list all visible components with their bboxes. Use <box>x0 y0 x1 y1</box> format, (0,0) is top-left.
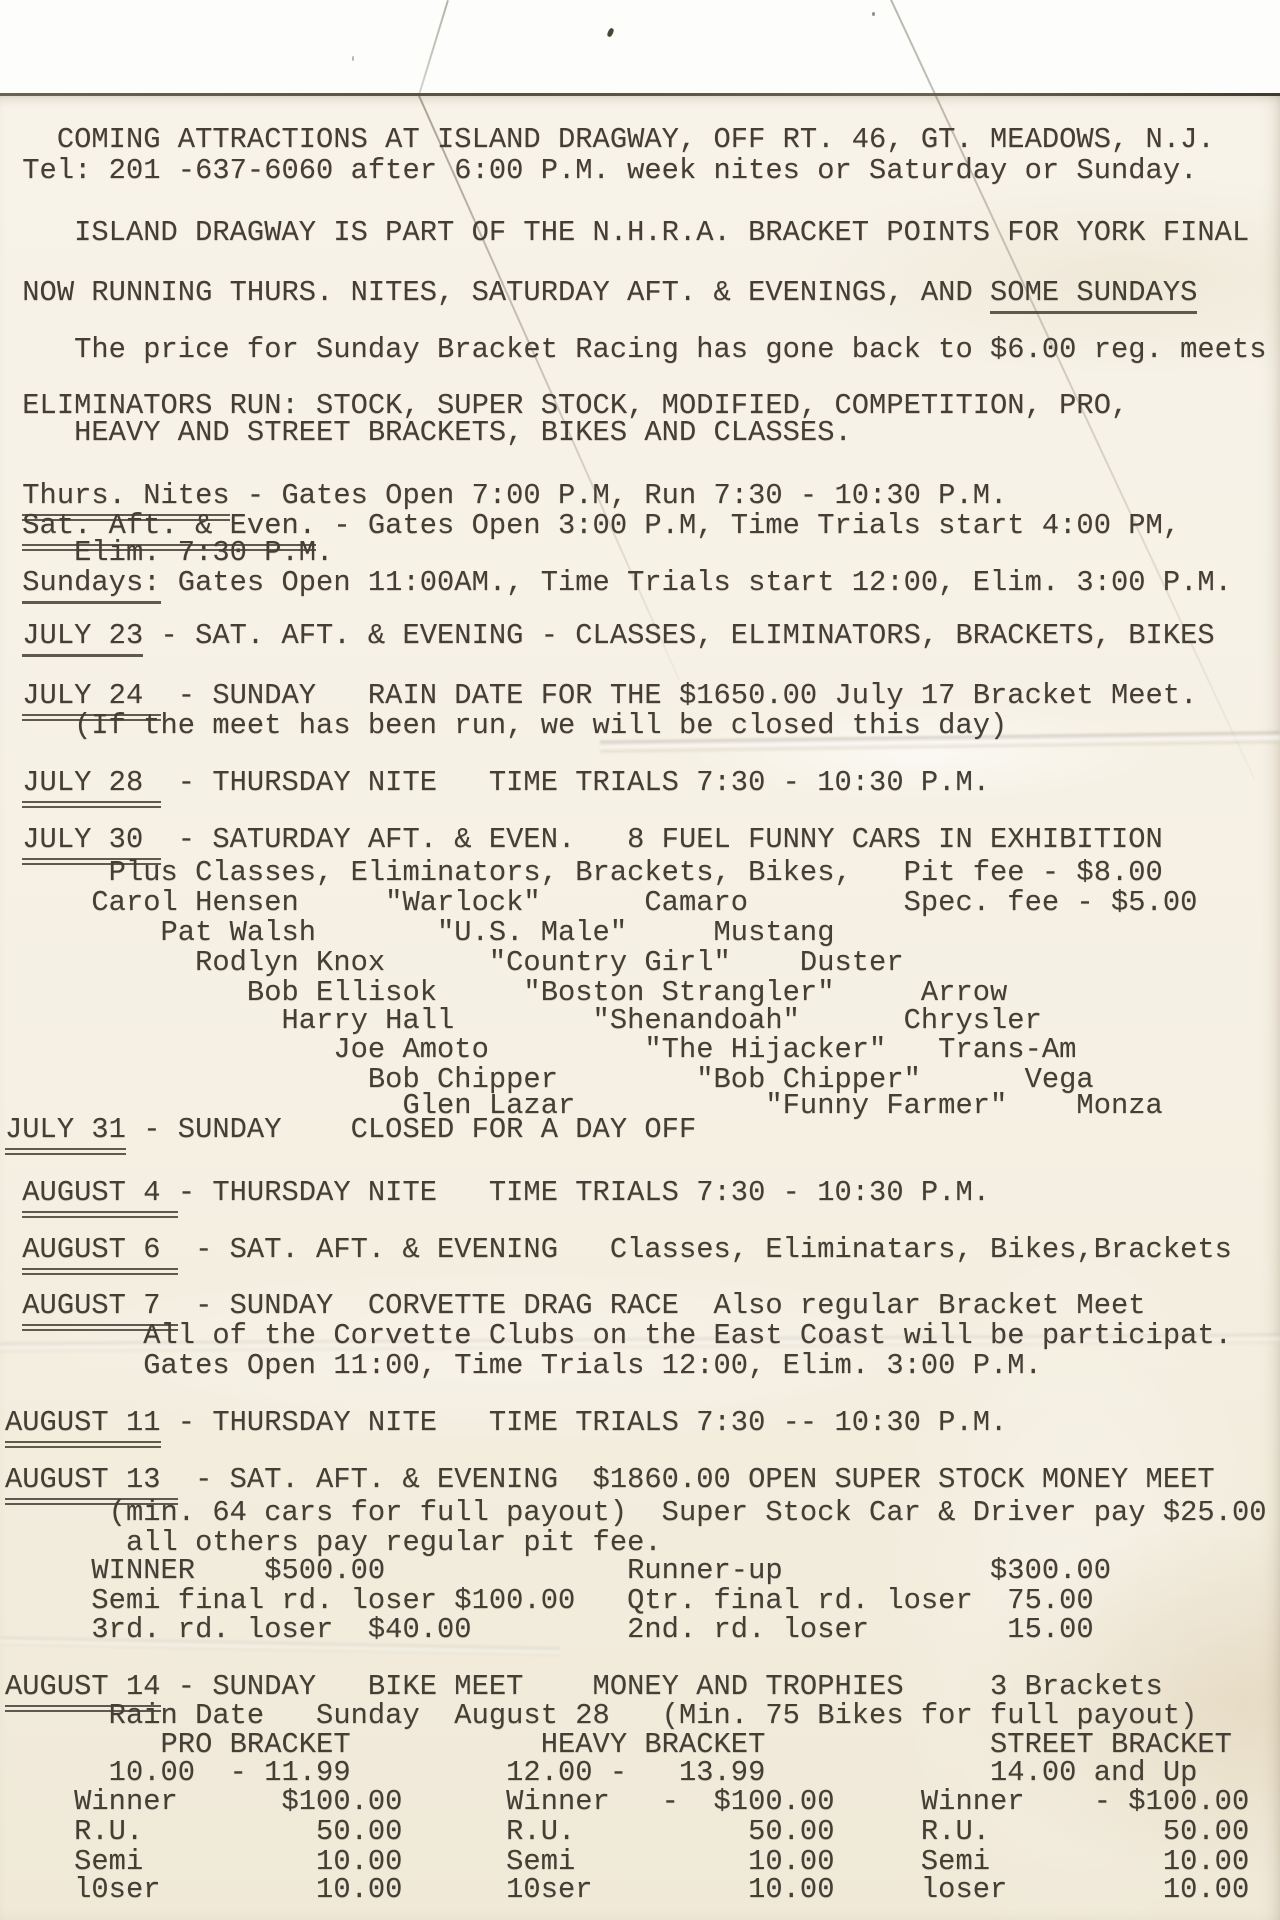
text-run: - THURSDAY NITE TIME TRIALS 7:30 -- 10:3… <box>161 1406 1008 1439</box>
text-run: Winner $100.00 Winner - $100.00 Winner -… <box>5 1785 1249 1818</box>
text-line: AUGUST 14 - SUNDAY BIKE MEET MONEY AND T… <box>5 1672 1163 1702</box>
text-run: (min. 64 cars for full payout) Super Sto… <box>5 1496 1267 1529</box>
text-run: Elim. 7:30 P.M. <box>5 536 333 569</box>
text-line: JULY 28 - THURSDAY NITE TIME TRIALS 7:30… <box>5 768 990 798</box>
underlined-label: Sundays: <box>22 566 160 604</box>
text-run <box>5 679 22 712</box>
text-line: WINNER $500.00 Runner-up $300.00 <box>5 1556 1111 1586</box>
text-line: Thurs. Nites - Gates Open 7:00 P.M, Run … <box>5 481 1007 511</box>
text-run: - SUNDAY CORVETTE DRAG RACE Also regular… <box>178 1289 1146 1322</box>
text-run <box>5 823 22 856</box>
text-run: - Gates Open 3:00 P.M, Time Trials start… <box>316 509 1180 542</box>
text-run: Carol Hensen "Warlock" Camaro Spec. fee … <box>5 886 1197 919</box>
text-run: Gates Open 11:00AM., Time Trials start 1… <box>161 566 1232 599</box>
text-run <box>5 479 22 512</box>
text-run: - SAT. AFT. & EVENING - CLASSES, ELIMINA… <box>143 619 1214 652</box>
text-line: 3rd. rd. loser $40.00 2nd. rd. loser 15.… <box>5 1615 1094 1645</box>
text-run: Tel: 201 -637-6060 after 6:00 P.M. week … <box>5 154 1197 187</box>
text-run: Gates Open 11:00, Time Trials 12:00, Eli… <box>5 1349 1042 1382</box>
text-line: AUGUST 13 - SAT. AFT. & EVENING $1860.00… <box>5 1465 1215 1495</box>
text-run: - THURSDAY NITE TIME TRIALS 7:30 - 10:30… <box>178 1176 990 1209</box>
text-line: JULY 30 - SATURDAY AFT. & EVEN. 8 FUEL F… <box>5 825 1163 855</box>
text-line: Pat Walsh "U.S. Male" Mustang <box>5 918 835 948</box>
text-line: Joe Amoto "The Hijacker" Trans-Am <box>5 1035 1076 1065</box>
text-line: HEAVY AND STREET BRACKETS, BIKES AND CLA… <box>5 418 852 448</box>
text-line: Rain Date Sunday August 28 (Min. 75 Bike… <box>5 1701 1197 1731</box>
text-run: Joe Amoto "The Hijacker" Trans-Am <box>5 1033 1076 1066</box>
text-line: Harry Hall "Shenandoah" Chrysler <box>5 1006 1042 1036</box>
text-run: - SAT. AFT. & EVENING Classes, Eliminata… <box>178 1233 1232 1266</box>
text-line: AUGUST 6 - SAT. AFT. & EVENING Classes, … <box>5 1235 1232 1265</box>
underlined-label: SOME SUNDAYS <box>990 276 1197 314</box>
text-run <box>5 1289 22 1322</box>
text-run: All of the Corvette Clubs on the East Co… <box>5 1319 1232 1352</box>
text-line: The price for Sunday Bracket Racing has … <box>5 335 1267 365</box>
text-run: R.U. 50.00 R.U. 50.00 R.U. 50.00 <box>5 1815 1249 1848</box>
text-run: (If the meet has been run, we will be cl… <box>5 709 1007 742</box>
text-run: COMING ATTRACTIONS AT ISLAND DRAGWAY, OF… <box>5 123 1215 156</box>
text-line: Elim. 7:30 P.M. <box>5 538 333 568</box>
underlined-label: AUGUST 4 <box>22 1176 178 1218</box>
text-line: Tel: 201 -637-6060 after 6:00 P.M. week … <box>5 156 1197 186</box>
scanned-flyer: COMING ATTRACTIONS AT ISLAND DRAGWAY, OF… <box>0 0 1280 1920</box>
text-run <box>5 1233 22 1266</box>
text-run <box>5 566 22 599</box>
text-line: (min. 64 cars for full payout) Super Sto… <box>5 1498 1267 1528</box>
text-run <box>5 1176 22 1209</box>
text-line: l0ser 10.00 10ser 10.00 loser 10.00 <box>5 1875 1249 1905</box>
underlined-label: AUGUST 11 <box>5 1406 161 1448</box>
text-run: ISLAND DRAGWAY IS PART OF THE N.H.R.A. B… <box>5 216 1249 249</box>
dust-speck <box>872 12 875 16</box>
text-line: JULY 23 - SAT. AFT. & EVENING - CLASSES,… <box>5 621 1215 651</box>
text-run: NOW RUNNING THURS. NITES, SATURDAY AFT. … <box>5 276 990 309</box>
text-line: Semi final rd. loser $100.00 Qtr. final … <box>5 1586 1094 1616</box>
text-line: Plus Classes, Eliminators, Brackets, Bik… <box>5 858 1163 888</box>
text-line: R.U. 50.00 R.U. 50.00 R.U. 50.00 <box>5 1817 1249 1847</box>
paper-top-crease-line <box>0 93 1280 96</box>
text-line: All of the Corvette Clubs on the East Co… <box>5 1321 1232 1351</box>
text-line: Rodlyn Knox "Country Girl" Duster <box>5 948 904 978</box>
text-run <box>5 766 22 799</box>
text-run: WINNER $500.00 Runner-up $300.00 <box>5 1554 1111 1587</box>
text-line: Carol Hensen "Warlock" Camaro Spec. fee … <box>5 888 1197 918</box>
text-line: Sundays: Gates Open 11:00AM., Time Trial… <box>5 568 1232 598</box>
underlined-label: JULY 28 <box>22 766 160 808</box>
text-run: HEAVY AND STREET BRACKETS, BIKES AND CLA… <box>5 416 852 449</box>
text-run: - SAT. AFT. & EVENING $1860.00 OPEN SUPE… <box>178 1463 1215 1496</box>
text-line: Gates Open 11:00, Time Trials 12:00, Eli… <box>5 1351 1042 1381</box>
text-line: JULY 24 - SUNDAY RAIN DATE FOR THE $1650… <box>5 681 1197 711</box>
text-line: Winner $100.00 Winner - $100.00 Winner -… <box>5 1787 1249 1817</box>
text-run: - SUNDAY CLOSED FOR A DAY OFF <box>126 1113 696 1146</box>
text-run: - SUNDAY RAIN DATE FOR THE $1650.00 July… <box>161 679 1198 712</box>
underlined-label: JULY 23 <box>22 619 143 657</box>
scanner-background-strip <box>0 0 1280 94</box>
text-line: (If the meet has been run, we will be cl… <box>5 711 1007 741</box>
text-run: l0ser 10.00 10ser 10.00 loser 10.00 <box>5 1873 1249 1906</box>
dust-speck <box>352 56 354 61</box>
text-run: Plus Classes, Eliminators, Brackets, Bik… <box>5 856 1163 889</box>
text-run: Rodlyn Knox "Country Girl" Duster <box>5 946 904 979</box>
text-line: AUGUST 11 - THURSDAY NITE TIME TRIALS 7:… <box>5 1408 1007 1438</box>
text-line: ISLAND DRAGWAY IS PART OF THE N.H.R.A. B… <box>5 218 1249 248</box>
text-line: JULY 31 - SUNDAY CLOSED FOR A DAY OFF <box>5 1115 696 1145</box>
text-line: 10.00 - 11.99 12.00 - 13.99 14.00 and Up <box>5 1758 1197 1788</box>
text-run: - SATURDAY AFT. & EVEN. 8 FUEL FUNNY CAR… <box>161 823 1163 856</box>
text-run: The price for Sunday Bracket Racing has … <box>5 333 1267 366</box>
text-run: 3rd. rd. loser $40.00 2nd. rd. loser 15.… <box>5 1613 1094 1646</box>
text-run <box>5 619 22 652</box>
text-run: - Gates Open 7:00 P.M, Run 7:30 - 10:30 … <box>230 479 1008 512</box>
text-line: AUGUST 7 - SUNDAY CORVETTE DRAG RACE Als… <box>5 1291 1146 1321</box>
underlined-label: AUGUST 6 <box>22 1233 178 1275</box>
text-line: COMING ATTRACTIONS AT ISLAND DRAGWAY, OF… <box>5 125 1215 155</box>
underlined-label: JULY 31 <box>5 1113 126 1155</box>
text-line: AUGUST 4 - THURSDAY NITE TIME TRIALS 7:3… <box>5 1178 990 1208</box>
text-run: - THURSDAY NITE TIME TRIALS 7:30 - 10:30… <box>161 766 991 799</box>
text-run: Pat Walsh "U.S. Male" Mustang <box>5 916 835 949</box>
text-line: NOW RUNNING THURS. NITES, SATURDAY AFT. … <box>5 278 1197 308</box>
